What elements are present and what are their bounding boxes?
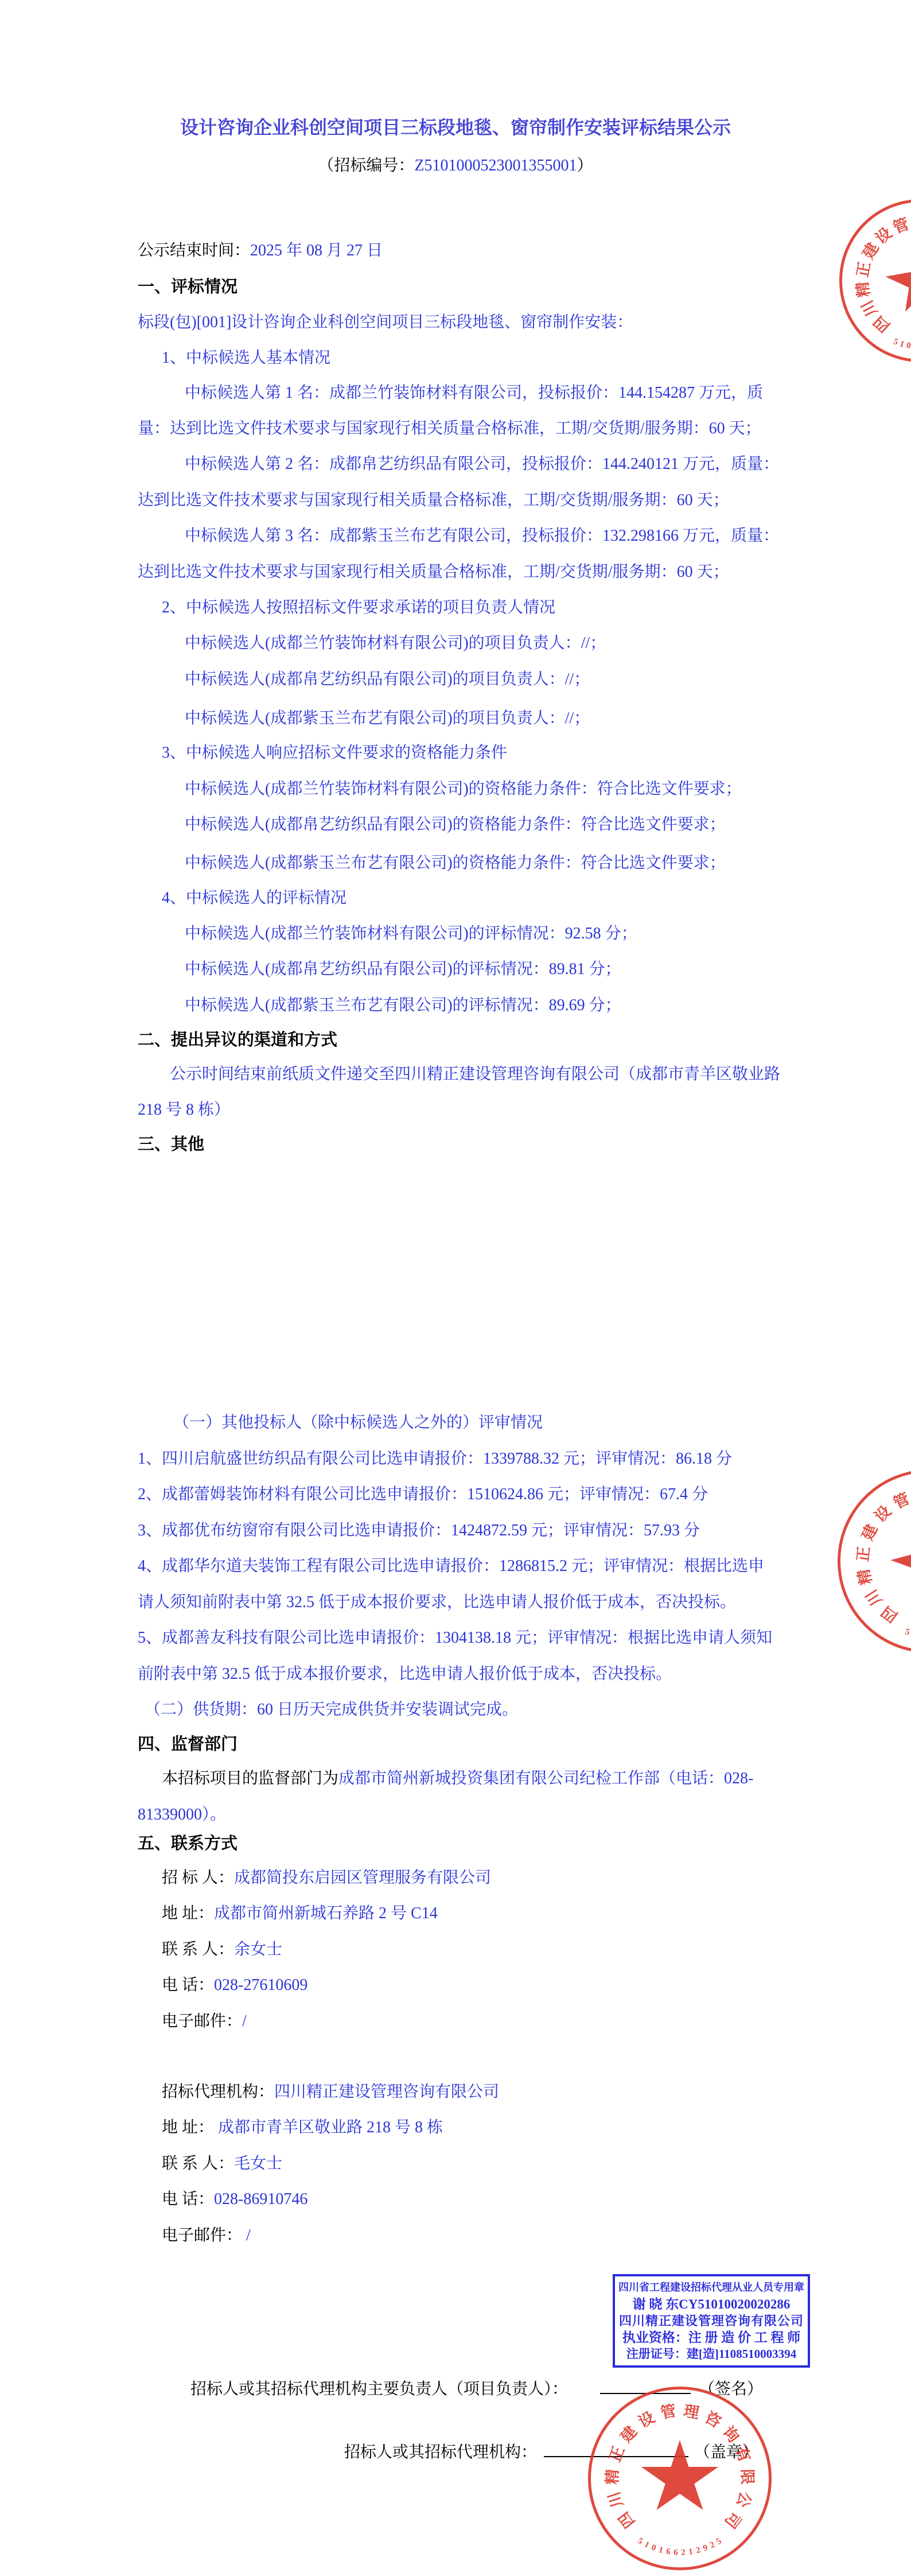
agent-stamp-title: 四川省工程建设招标代理从业人员专用章 <box>616 2279 807 2296</box>
score-candidate1: 中标候选人(成都兰竹装饰材料有限公司)的评标情况：92.58 分； <box>185 924 637 944</box>
leader-signature-label: 招标人或其招标代理机构主要负责人（项目负责人）： <box>190 2380 568 2398</box>
tenderer-phone-value: 028-27610609 <box>214 1976 307 1994</box>
publicity-end-time-line: 公示结束时间：2025 年 08 月 27 日 <box>138 241 383 261</box>
candidate2-line2: 达到比选文件技术要求与国家现行相关质量合格标准，工期/交货期/服务期：60 天； <box>138 491 729 510</box>
agency-phone-value: 028-86910746 <box>214 2190 307 2208</box>
tenderer-email-label: 电子邮件： <box>162 2012 242 2030</box>
agency-contact-value: 毛女士 <box>234 2155 282 2172</box>
leader-candidate1: 中标候选人(成都兰竹装饰材料有限公司)的项目负责人：//； <box>185 634 606 653</box>
other-bidder2: 2、成都蕾姆装饰材料有限公司比选申请报价：1510624.86 元；评审情况：6… <box>138 1485 708 1504</box>
sub3-qualification: 3、中标候选人响应招标文件要求的资格能力条件 <box>162 743 507 763</box>
agency-contact-row: 联 系 人：毛女士 <box>162 2154 282 2174</box>
other-bidder5-line2: 前附表中第 32.5 低于成本报价要求，比选申请人报价低于成本，否决投标。 <box>138 1665 672 1684</box>
agent-stamp-person-id: 谢 晓 东CY51010020020286 <box>616 2296 807 2313</box>
qualification-candidate1: 中标候选人(成都兰竹装饰材料有限公司)的资格能力条件：符合比选文件要求； <box>185 779 742 799</box>
seal-serial-arc-text: 510166212925 <box>817 1449 911 1674</box>
agent-stamp-company: 四川精正建设管理咨询有限公司 <box>616 2313 807 2329</box>
tenderer-phone-row: 电 话：028-27610609 <box>162 1976 307 1995</box>
agency-address-row: 地 址： 成都市青羊区敬业路 218 号 8 栋 <box>162 2118 443 2137</box>
agency-address-value: 成都市青羊区敬业路 218 号 8 栋 <box>214 2119 443 2136</box>
agent-personnel-stamp: 四川省工程建设招标代理从业人员专用章 谢 晓 东CY51010020020286… <box>613 2274 810 2368</box>
candidate1-line1: 中标候选人第 1 名：成都兰竹装饰材料有限公司，投标报价：144.154287 … <box>185 383 763 403</box>
agency-seal-label: 招标人或其招标代理机构： <box>344 2443 537 2461</box>
document-page: 设计咨询企业科创空间项目三标段地毯、窗帘制作安装评标结果公示 （招标编号：Z51… <box>0 0 911 2576</box>
sub1-candidates-basic: 1、中标候选人基本情况 <box>162 348 330 368</box>
company-seal-bottom: 四川精正建设管理咨询有限公司 510166212925 <box>588 2387 772 2570</box>
sub4-evaluation: 4、中标候选人的评标情况 <box>162 889 347 908</box>
section5-heading: 五、联系方式 <box>138 1834 238 1853</box>
agency-phone-label: 电 话： <box>162 2190 214 2208</box>
tender-number-suffix: ） <box>577 157 593 174</box>
agency-email-label: 电子邮件： <box>162 2226 242 2244</box>
section1-heading: 一、评标情况 <box>138 277 238 297</box>
section2-heading: 二、提出异议的渠道和方式 <box>138 1030 337 1050</box>
other-bidder1: 1、四川启航盛世纺织品有限公司比选申请报价：1339788.32 元；评审情况：… <box>138 1449 732 1469</box>
score-candidate2: 中标候选人(成都帛艺纺织品有限公司)的评标情况：89.81 分； <box>185 960 621 979</box>
supervision-line1: 本招标项目的监督部门为成都市简州新城投资集团有限公司纪检工作部（电话：028- <box>162 1769 753 1789</box>
sub2-project-leaders: 2、中标候选人按照招标文件要求承诺的项目负责人情况 <box>162 598 555 618</box>
other-bidder5-line1: 5、成都善友科技有限公司比选申请报价：1304138.18 元；评审情况：根据比… <box>138 1628 772 1648</box>
tender-number-value: Z5101000523001355001 <box>414 157 577 174</box>
candidate3-line1: 中标候选人第 3 名：成都紫玉兰布艺有限公司，投标报价：132.298166 万… <box>185 526 779 546</box>
agency-name-value: 四川精正建设管理咨询有限公司 <box>274 2083 499 2101</box>
section3-heading: 三、其他 <box>138 1135 204 1154</box>
qualification-candidate2: 中标候选人(成都帛艺纺织品有限公司)的资格能力条件：符合比选文件要求； <box>185 815 726 835</box>
tenderer-name-row: 招 标 人：成都简投东启园区管理服务有限公司 <box>162 1868 491 1888</box>
seal-serial-arc-text: 510166212925 <box>826 186 911 375</box>
agency-name-label: 招标代理机构： <box>162 2083 274 2101</box>
candidate1-line2: 量：达到比选文件技术要求与国家现行相关质量合格标准，工期/交货期/服务期：60 … <box>138 419 761 439</box>
tenderer-address-row: 地 址：成都市简州新城石养路 2 号 C14 <box>162 1904 438 1923</box>
other-bidder4-line2: 请人须知前附表中第 32.5 低于成本报价要求，比选申请人报价低于成本，否决投标… <box>138 1593 736 1612</box>
other-bidder3: 3、成都优布纺窗帘有限公司比选申请报价：1424872.59 元；评审情况：57… <box>138 1521 700 1541</box>
tenderer-phone-label: 电 话： <box>162 1976 214 1994</box>
section4-heading: 四、监督部门 <box>138 1735 238 1754</box>
tender-number-line: （招标编号：Z5101000523001355001） <box>0 156 911 176</box>
candidate3-line2: 达到比选文件技术要求与国家现行相关质量合格标准，工期/交货期/服务期：60 天； <box>138 562 729 582</box>
leader-candidate3: 中标候选人(成都紫玉兰布艺有限公司)的项目负责人：//； <box>185 709 590 728</box>
candidate2-line1: 中标候选人第 2 名：成都帛艺纺织品有限公司，投标报价：144.240121 万… <box>185 455 779 474</box>
agent-stamp-qualification: 执业资格：注 册 造 价 工 程 师 <box>616 2329 807 2346</box>
supervision-line1-blue: 成都市简州新城投资集团有限公司纪检工作部（电话：028- <box>338 1770 753 1787</box>
objection-line2: 218 号 8 栋） <box>138 1100 230 1120</box>
company-seal-top-right: 四川精正建设管理咨询有限公司 510166212925 <box>826 186 911 375</box>
tenderer-address-label: 地 址： <box>162 1904 214 1922</box>
tenderer-email-row: 电子邮件：/ <box>162 2012 247 2031</box>
tenderer-name-value: 成都简投东启园区管理服务有限公司 <box>234 1869 491 1887</box>
agency-name-row: 招标代理机构：四川精正建设管理咨询有限公司 <box>162 2082 499 2102</box>
tender-number-prefix: （招标编号： <box>318 157 414 174</box>
agency-email-value: / <box>242 2226 251 2244</box>
agent-stamp-registration-no: 注册证号：建[造]1108510003394 <box>616 2346 807 2362</box>
lot-intro-line: 标段(包)[001]设计咨询企业科创空间项目三标段地毯、窗帘制作安装： <box>138 313 633 332</box>
score-candidate3: 中标候选人(成都紫玉兰布艺有限公司)的评标情况：89.69 分； <box>185 996 621 1015</box>
qualification-candidate3: 中标候选人(成都紫玉兰布艺有限公司)的资格能力条件：符合比选文件要求； <box>185 854 726 873</box>
delivery-period-line: （二）供货期：60 日历天完成供货并安装调试完成。 <box>145 1700 518 1720</box>
company-seal-middle-right: 四川精正建设管理咨询有限公司 510166212925 <box>817 1449 911 1674</box>
page-title: 设计咨询企业科创空间项目三标段地毯、窗帘制作安装评标结果公示 <box>0 118 911 137</box>
tenderer-name-label: 招 标 人： <box>162 1869 234 1887</box>
publicity-end-time-label: 公示结束时间： <box>138 242 250 259</box>
other-bidder4-line1: 4、成都华尔道夫装饰工程有限公司比选申请报价：1286815.2 元；评审情况：… <box>138 1557 764 1576</box>
agency-phone-row: 电 话：028-86910746 <box>162 2190 307 2209</box>
tenderer-address-value: 成都市简州新城石养路 2 号 C14 <box>214 1904 438 1922</box>
objection-line1: 公示时间结束前纸质文件递交至四川精正建设管理咨询有限公司（成都市青羊区敬业路 <box>170 1065 780 1084</box>
agency-address-label: 地 址： <box>162 2119 214 2136</box>
leader-candidate2: 中标候选人(成都帛艺纺织品有限公司)的项目负责人：//； <box>185 670 590 689</box>
supervision-line1-black: 本招标项目的监督部门为 <box>162 1770 338 1787</box>
agency-contact-label: 联 系 人： <box>162 2155 234 2172</box>
agency-email-row: 电子邮件： / <box>162 2226 251 2245</box>
supervision-line2: 81339000）。 <box>138 1805 226 1825</box>
tenderer-contact-row: 联 系 人：余女士 <box>162 1940 282 1960</box>
other-bidders-subheading: （一）其他投标人（除中标候选人之外的）评审情况 <box>173 1413 543 1433</box>
tenderer-email-value: / <box>242 2012 247 2030</box>
publicity-end-time-value: 2025 年 08 月 27 日 <box>250 242 383 259</box>
tenderer-contact-value: 余女士 <box>234 1941 282 1958</box>
seal-serial-arc-text: 510166212925 <box>588 2387 772 2570</box>
tenderer-contact-label: 联 系 人： <box>162 1941 234 1958</box>
